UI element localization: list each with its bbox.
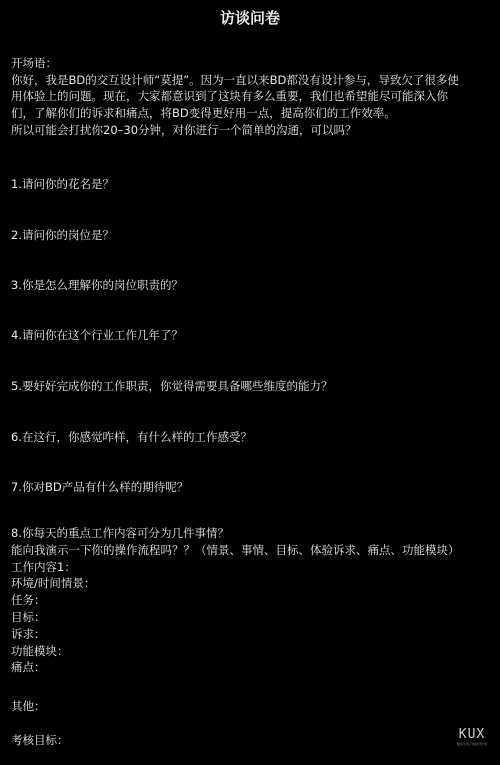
kux-logo-icon: KUX 酷家乐用户体验设计部 bbox=[453, 728, 491, 754]
logo-subtext: 酷家乐用户体验设计部 bbox=[453, 742, 491, 746]
field-context: 环境/时间情景： bbox=[11, 575, 460, 592]
intro-heading: 开场语： bbox=[11, 55, 497, 72]
question-6: 6.在这行，你感觉咋样，有什么样的工作感受？ bbox=[11, 429, 252, 445]
document-title: 访谈问卷 bbox=[0, 6, 500, 30]
field-demand: 诉求： bbox=[11, 626, 460, 643]
intro-line: 用体验上的问题。现在，大家都意识到了这块有多么重要，我们也希望能尽可能深入你 bbox=[11, 88, 497, 105]
field-task: 任务： bbox=[11, 592, 460, 609]
question-8-section: 8.你每天的重点工作内容可分为几件事情？ 能向我演示一下你的操作流程吗？？（情景… bbox=[11, 525, 460, 676]
question-1: 1.请问你的花名是？ bbox=[11, 176, 114, 192]
field-goal: 目标： bbox=[11, 609, 460, 626]
question-7: 7.你对BD产品有什么样的期待呢？ bbox=[11, 479, 188, 495]
question-8: 8.你每天的重点工作内容可分为几件事情？ bbox=[11, 525, 460, 542]
question-2: 2.请问你的岗位是？ bbox=[11, 227, 114, 243]
field-other: 其他： bbox=[11, 698, 46, 714]
field-assessment: 考核目标： bbox=[11, 732, 69, 748]
question-8-followup: 能向我演示一下你的操作流程吗？？（情景、事情、目标、体验诉求、痛点、功能模块） bbox=[11, 542, 460, 559]
intro-section: 开场语： 你好，我是BD的交互设计师“莫提”。因为一直以来BD都没有设计参与，导… bbox=[11, 55, 497, 139]
question-3: 3.你是怎么理解你的岗位职责的？ bbox=[11, 277, 183, 293]
intro-line: 你好，我是BD的交互设计师“莫提”。因为一直以来BD都没有设计参与，导致欠了很多… bbox=[11, 72, 497, 89]
logo-text: KUX bbox=[453, 728, 491, 742]
field-module: 功能模块： bbox=[11, 643, 460, 660]
field-pain-point: 痛点： bbox=[11, 659, 460, 676]
field-work-content: 工作内容1： bbox=[11, 559, 460, 576]
question-5: 5.要好好完成你的工作职责，你觉得需要具备哪些维度的能力？ bbox=[11, 378, 332, 394]
intro-line: 们，了解你们的诉求和痛点，将BD变得更好用一点，提高你们的工作效率。 bbox=[11, 105, 497, 122]
intro-line: 所以可能会打扰你20–30分钟，对你进行一个简单的沟通，可以吗？ bbox=[11, 122, 497, 139]
question-4: 4.请问你在这个行业工作几年了？ bbox=[11, 327, 183, 343]
